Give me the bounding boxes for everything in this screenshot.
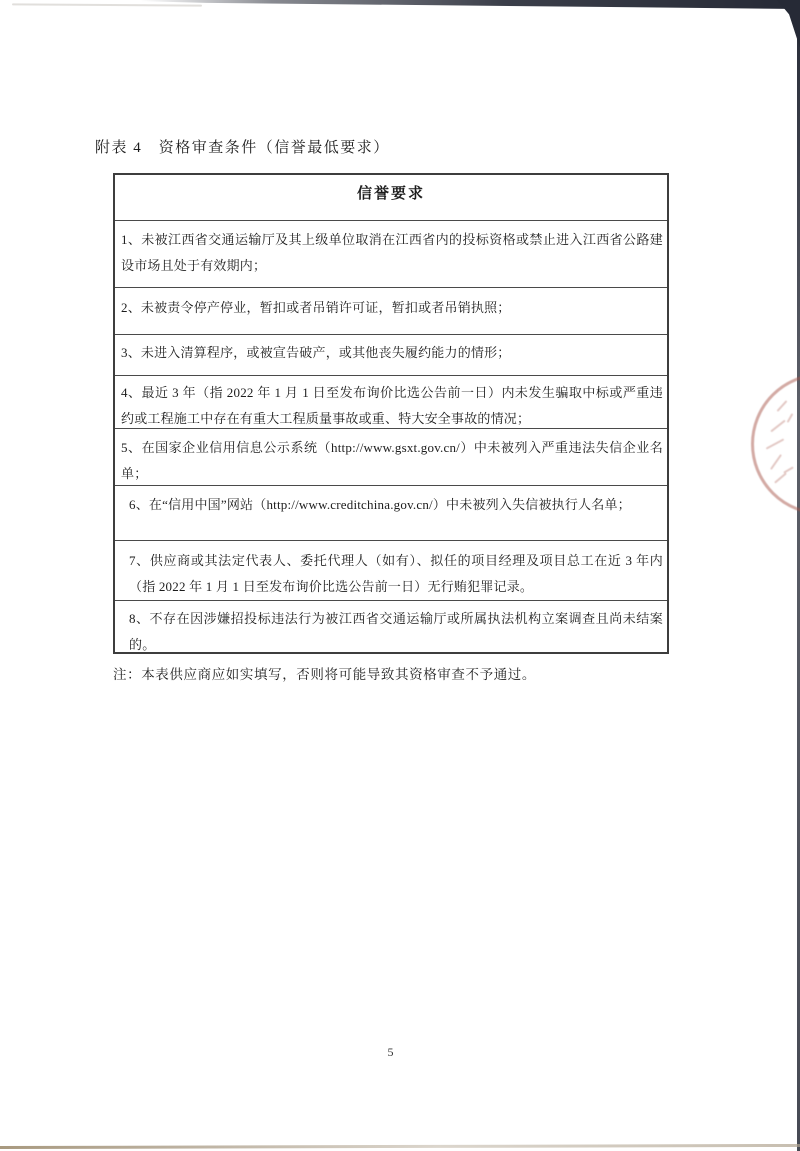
scan-edge-top-left-mark: [12, 3, 202, 6]
table-row: 8、不存在因涉嫌招投标违法行为被江西省交通运输厅或所属执法机构立案调查且尚未结案…: [115, 600, 667, 652]
red-seal-stamp: [751, 373, 800, 515]
scanned-document-page: 附表 4 资格审查条件（信誉最低要求） 信誉要求 1、未被江西省交通运输厅及其上…: [0, 0, 800, 1151]
table-row: 7、供应商或其法定代表人、委托代理人（如有）、拟任的项目经理及项目总工在近 3 …: [115, 540, 667, 600]
page-number: 5: [0, 1045, 781, 1060]
table-row: 2、未被责令停产停业，暂扣或者吊销许可证，暂扣或者吊销执照；: [115, 287, 667, 334]
table-row: 4、最近 3 年（指 2022 年 1 月 1 日至发布询价比选公告前一日）内未…: [115, 375, 667, 428]
table-row: 6、在“信用中国”网站（http://www.creditchina.gov.c…: [115, 485, 667, 540]
scan-edge-top: [140, 0, 800, 9]
credit-requirements-table: 信誉要求 1、未被江西省交通运输厅及其上级单位取消在江西省内的投标资格或禁止进入…: [113, 173, 669, 654]
scan-edge-bottom: [0, 1144, 800, 1149]
table-header: 信誉要求: [115, 175, 667, 220]
footnote: 注：本表供应商应如实填写，否则将可能导致其资格审查不予通过。: [113, 663, 536, 683]
page-title: 附表 4 资格审查条件（信誉最低要求）: [95, 136, 390, 157]
table-row: 1、未被江西省交通运输厅及其上级单位取消在江西省内的投标资格或禁止进入江西省公路…: [115, 220, 667, 287]
table-row: 5、在国家企业信用信息公示系统（http://www.gsxt.gov.cn/）…: [115, 428, 667, 485]
table-row: 3、未进入清算程序，或被宣告破产，或其他丧失履约能力的情形；: [115, 334, 667, 375]
